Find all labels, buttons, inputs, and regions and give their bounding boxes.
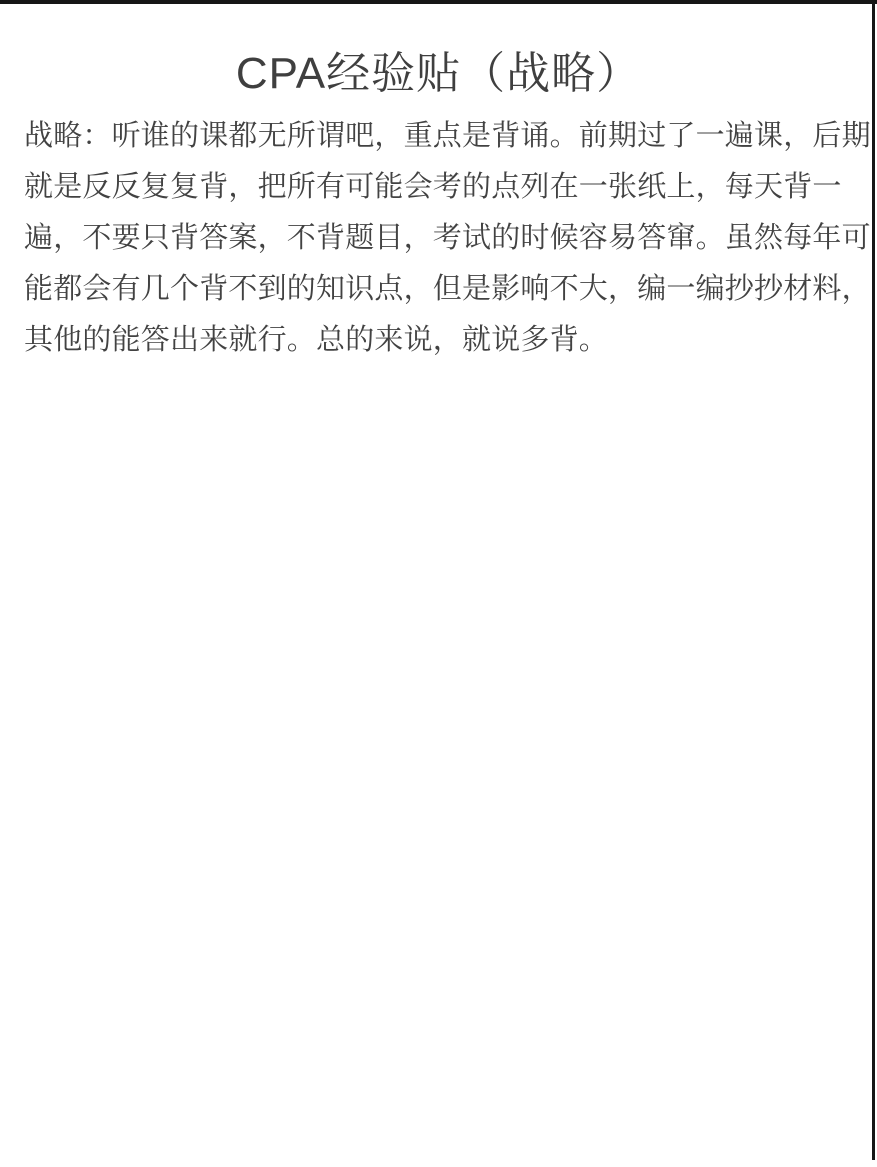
paragraph-line: 就是反反复复背，把所有可能会考的点列在一张纸上，每天背一 <box>24 162 859 213</box>
page-title: CPA经验贴（战略） <box>0 47 877 101</box>
document-page: CPA经验贴（战略） 战略：听谁的课都无所谓吧，重点是背诵。前期过了一遍课，后期… <box>0 0 877 1167</box>
body-paragraph: 战略：听谁的课都无所谓吧，重点是背诵。前期过了一遍课，后期 就是反反复复背，把所… <box>24 111 859 366</box>
paragraph-line: 其他的能答出来就行。总的来说，就说多背。 <box>24 315 859 366</box>
top-border-line <box>0 0 877 4</box>
paragraph-line: 战略：听谁的课都无所谓吧，重点是背诵。前期过了一遍课，后期 <box>24 111 859 162</box>
paragraph-line: 能都会有几个背不到的知识点，但是影响不大，编一编抄抄材料， <box>24 264 859 315</box>
paragraph-line: 遍，不要只背答案，不背题目，考试的时候容易答窜。虽然每年可 <box>24 213 859 264</box>
right-border-line <box>872 0 875 1160</box>
